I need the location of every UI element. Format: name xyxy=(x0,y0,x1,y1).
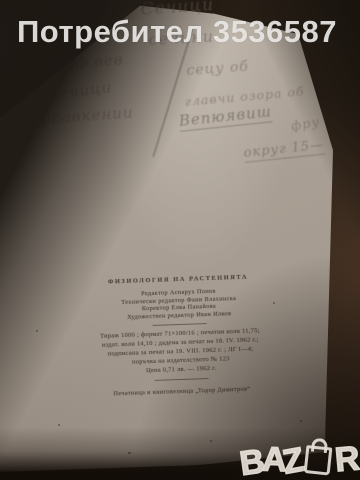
watermark-letter: R xyxy=(333,441,360,477)
paper-speck xyxy=(210,440,212,442)
paper-speck xyxy=(128,452,131,454)
paper-speck xyxy=(58,424,60,426)
shopping-bag-icon xyxy=(303,445,332,476)
user-overlay-label: Потребител 3536587 xyxy=(17,14,337,50)
bazar-watermark: B A Z R xyxy=(239,442,357,480)
colophon-block: ФИЗИОЛОГИЯ НА РАСТЕНИЯТА Редактор Аспару… xyxy=(53,272,307,401)
paper-speck xyxy=(36,330,38,332)
photo-scene: Сечици сечини пруф вев Сечици фравкении … xyxy=(0,0,360,480)
divider-rule xyxy=(155,378,209,381)
paper-speck xyxy=(300,420,302,422)
divider-rule xyxy=(153,323,207,326)
